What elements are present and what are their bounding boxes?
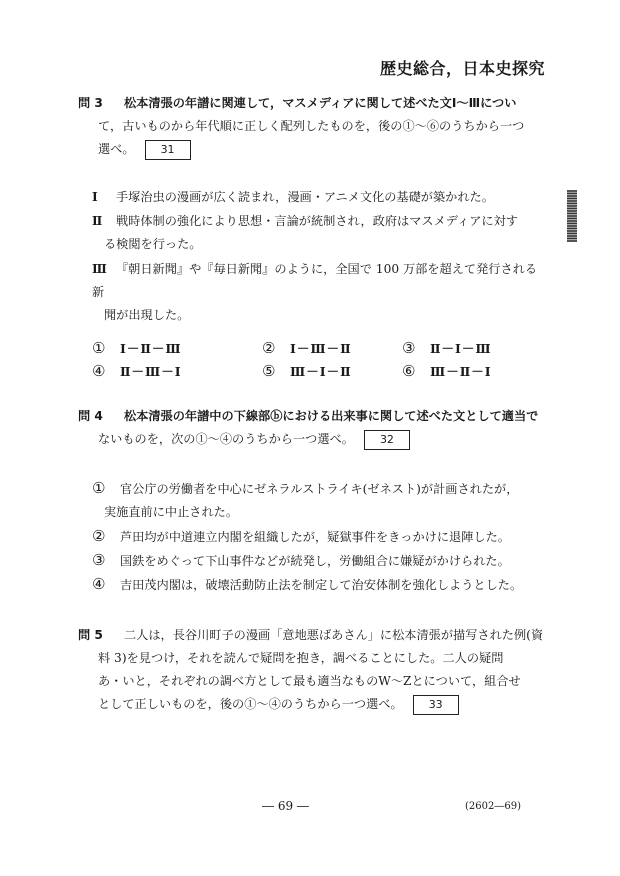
choice-5[interactable]: ⑤Ⅲ－Ⅰ－Ⅱ: [262, 362, 402, 380]
option-1[interactable]: ①官公庁の労働者を中心にゼネラルストライキ(ゼネスト)が計画されたが， 実施直前…: [92, 477, 547, 524]
statement-label: Ⅱ: [92, 210, 116, 233]
statement-iii: Ⅲ『朝日新聞』や『毎日新聞』のように，全国で 100 万部を超えて発行される新 …: [92, 258, 542, 327]
document-code: (2602―69): [465, 801, 521, 812]
answer-choices-q3: ①Ⅰ－Ⅱ－Ⅲ ②Ⅰ－Ⅲ－Ⅱ ③Ⅱ－Ⅰ－Ⅲ ④Ⅱ－Ⅲ－Ⅰ ⑤Ⅲ－Ⅰ－Ⅱ ⑥Ⅲ－Ⅱ－…: [92, 336, 542, 382]
choice-3[interactable]: ③Ⅱ－Ⅰ－Ⅲ: [402, 339, 542, 357]
question-5-line-3: あ・いと，それぞれの調べ方として最も適当なものW～Zとについて，組合せ: [78, 670, 548, 693]
question-5-line-4: として正しいものを，後の①～④のうちから一つ選べ。33: [78, 693, 548, 716]
question-number: 問 5: [78, 624, 124, 647]
margin-registration-mark: [567, 190, 577, 242]
question-number: 問 4: [78, 405, 124, 428]
question-3-line-1: 問 3松本清張の年譜に関連して，マスメディアに関して述べた文Ⅰ～Ⅲについ: [78, 92, 548, 115]
statement-ii: Ⅱ戦時体制の強化により思想・言論が統制され，政府はマスメディアに対す る検閲を行…: [92, 210, 542, 256]
question-5-line-2: 料 3)を見つけ，それを読んで疑問を抱き，調べることにした。二人の疑問: [78, 647, 548, 670]
statement-label: Ⅲ: [92, 258, 116, 281]
page-number: ― 69 ―: [262, 799, 309, 813]
question-3: 問 3松本清張の年譜に関連して，マスメディアに関して述べた文Ⅰ～Ⅲについ て，古…: [78, 92, 548, 161]
answer-box[interactable]: 31: [145, 140, 191, 160]
question-4-line-2: ないものを，次の①～④のうちから一つ選べ。32: [78, 428, 548, 451]
answer-box[interactable]: 32: [364, 430, 410, 450]
question-number: 問 3: [78, 92, 124, 115]
choice-1[interactable]: ①Ⅰ－Ⅱ－Ⅲ: [92, 339, 232, 357]
question-5-line-1: 問 5二人は，長谷川町子の漫画「意地悪ばあさん」に松本清張が描写された例(資: [78, 624, 548, 647]
option-4[interactable]: ④吉田茂内閣は，破壊活動防止法を制定して治安体制を強化しようとした。: [92, 573, 547, 597]
question-3-line-2: て，古いものから年代順に正しく配列したものを，後の①～⑥のうちから一つ: [78, 115, 548, 138]
option-3[interactable]: ③国鉄をめぐって下山事件などが続発し，労働組合に嫌疑がかけられた。: [92, 549, 547, 573]
choice-2[interactable]: ②Ⅰ－Ⅲ－Ⅱ: [262, 339, 402, 357]
choice-4[interactable]: ④Ⅱ－Ⅲ－Ⅰ: [92, 362, 232, 380]
question-3-line-3: 選べ。31: [78, 138, 548, 161]
question-4: 問 4松本清張の年譜中の下線部ⓑにおける出来事に関して述べた文として適当で ない…: [78, 405, 548, 451]
answer-box[interactable]: 33: [413, 695, 459, 715]
statement-i: Ⅰ手塚治虫の漫画が広く読まれ，漫画・アニメ文化の基礎が築かれた。: [92, 186, 542, 209]
option-2[interactable]: ②芦田均が中道連立内閣を組織したが，疑獄事件をきっかけに退陣した。: [92, 525, 547, 549]
question-4-line-1: 問 4松本清張の年譜中の下線部ⓑにおける出来事に関して述べた文として適当で: [78, 405, 548, 428]
subject-header: 歴史総合，日本史探究: [380, 56, 545, 79]
question-5: 問 5二人は，長谷川町子の漫画「意地悪ばあさん」に松本清張が描写された例(資 料…: [78, 624, 548, 716]
choice-6[interactable]: ⑥Ⅲ－Ⅱ－Ⅰ: [402, 362, 542, 380]
statement-label: Ⅰ: [92, 186, 116, 209]
